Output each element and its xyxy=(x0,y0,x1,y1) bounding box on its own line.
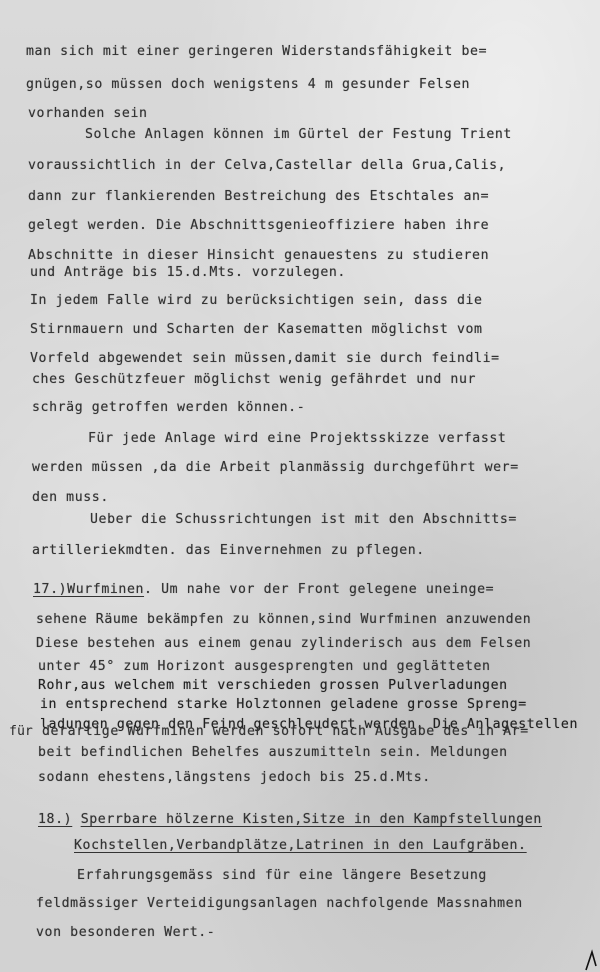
text-line: ches Geschützfeuer möglichst wenig gefäh… xyxy=(32,372,476,387)
text-line: Für jede Anlage wird eine Projektsskizze… xyxy=(88,431,506,446)
text-line: man sich mit einer geringeren Widerstand… xyxy=(26,44,487,59)
section-18-heading: Sperrbare hölzerne Kisten,Sitze in den K… xyxy=(81,812,542,827)
text-line: Vorfeld abgewendet sein müssen,damit sie… xyxy=(30,351,500,366)
text-line: voraussichtlich in der Celva,Castellar d… xyxy=(28,158,506,173)
text-line: werden müssen ,da die Arbeit planmässig … xyxy=(32,460,519,475)
text-line: den muss. xyxy=(32,490,109,505)
text-line: sehene Räume bekämpfen zu können,sind Wu… xyxy=(36,612,531,627)
section-18-heading-line-2: Kochstellen,Verbandplätze,Latrinen in de… xyxy=(74,838,527,853)
section-17-text: . Um nahe vor der Front gelegene uneinge… xyxy=(144,582,494,597)
section-17-heading-line: 17.)Wurfminen. Um nahe vor der Front gel… xyxy=(33,582,494,597)
text-line: schräg getroffen werden können.- xyxy=(32,400,305,415)
text-line: Erfahrungsgemäss sind für eine längere B… xyxy=(77,868,487,883)
text-line: unter 45° zum Horizont ausgesprengten un… xyxy=(38,659,491,674)
text-line: Solche Anlagen können im Gürtel der Fest… xyxy=(85,127,512,142)
text-line: und Anträge bis 15.d.Mts. vorzulegen. xyxy=(30,265,346,280)
section-17-number: 17.) xyxy=(33,582,67,597)
text-line: gnügen,so müssen doch wenigstens 4 m ges… xyxy=(26,77,470,92)
text-line: Diese bestehen aus einem genau zylinderi… xyxy=(36,636,531,651)
text-line: Ueber die Schussrichtungen ist mit den A… xyxy=(90,512,517,527)
text-line: vorhanden sein xyxy=(28,106,148,121)
section-18-number: 18.) xyxy=(38,812,72,827)
text-line: gelegt werden. Die Abschnittsgenieoffizi… xyxy=(28,218,489,233)
text-line: artilleriekmdten. das Einvernehmen zu pf… xyxy=(32,543,425,558)
text-line: dann zur flankierenden Bestreichung des … xyxy=(28,189,489,204)
text-line: Abschnitte in dieser Hinsicht genauesten… xyxy=(28,248,489,263)
text-line: Rohr,aus welchem mit verschieden grossen… xyxy=(38,678,508,693)
text-line: sodann ehestens,längstens jedoch bis 25.… xyxy=(38,770,431,785)
pen-mark-icon xyxy=(584,948,598,972)
text-line: von besonderen Wert.- xyxy=(36,925,215,940)
text-line: beit befindlichen Behelfes auszumitteln … xyxy=(38,745,508,760)
typewritten-document-page: man sich mit einer geringeren Widerstand… xyxy=(0,0,600,972)
text-line: derartige Wurfminen werden sofort nach A… xyxy=(42,724,529,739)
section-18-heading-continued: Kochstellen,Verbandplätze,Latrinen in de… xyxy=(74,838,527,853)
text-line: in entsprechend starke Holztonnen gelade… xyxy=(40,697,527,712)
section-18-heading-line-1: 18.) Sperrbare hölzerne Kisten,Sitze in … xyxy=(38,812,542,827)
section-17-heading: Wurfminen xyxy=(67,582,144,597)
margin-insert-text: für xyxy=(9,724,33,739)
text-line: Stirnmauern und Scharten der Kasematten … xyxy=(30,322,483,337)
text-line: In jedem Falle wird zu berücksichtigen s… xyxy=(30,293,483,308)
text-line: feldmässiger Verteidigungsanlagen nachfo… xyxy=(36,896,523,911)
